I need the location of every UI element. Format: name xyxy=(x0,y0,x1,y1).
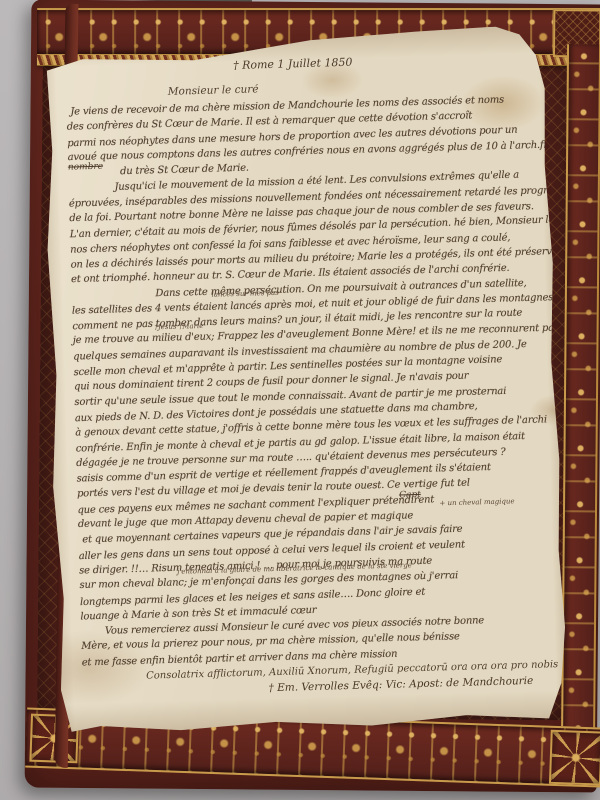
book-cover-right-border xyxy=(561,44,600,734)
letter-dateline: † Rome 1 Juillet 1850 xyxy=(233,49,557,73)
letter-paper: † Rome 1 Juillet 1850 Monsieur le curé J… xyxy=(34,25,583,740)
photograph-of-letter-on-book: † Rome 1 Juillet 1850 Monsieur le curé J… xyxy=(0,0,600,800)
corner-rosette xyxy=(549,730,600,786)
strikethrough-word: Capt xyxy=(399,491,421,500)
interline-note: †Jésus †Marie xyxy=(154,322,203,331)
strikethrough-word: nombre xyxy=(68,163,103,172)
letter-body: Je viens de recevoir de ma chère mission… xyxy=(66,91,574,671)
letter-text: † Rome 1 Juillet 1850 Monsieur le curé J… xyxy=(34,25,583,740)
